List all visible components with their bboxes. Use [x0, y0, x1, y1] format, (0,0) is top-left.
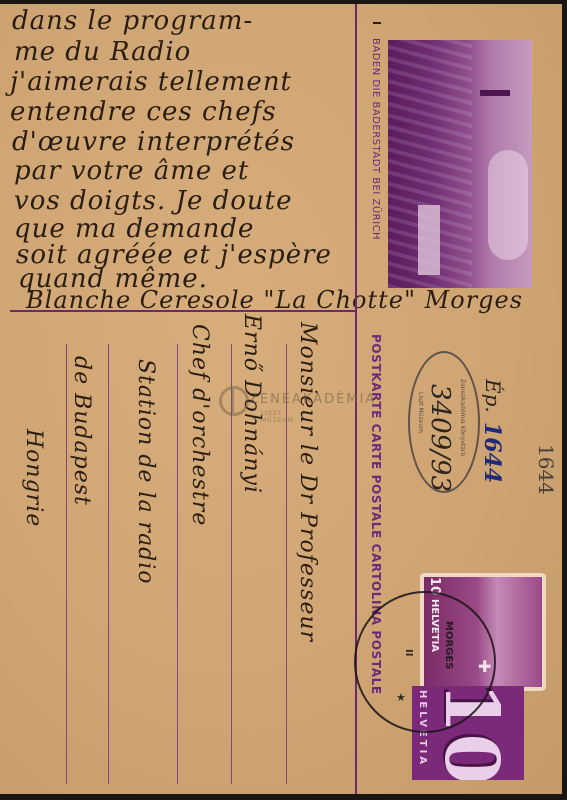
message-line: j'aimerais tellement: [10, 67, 292, 97]
bridge: [418, 205, 440, 275]
message-line: entendre ces chefs: [10, 97, 277, 127]
address-line: Chef d'orchestre: [187, 324, 212, 526]
watermark-subtitle: LISZT MÚZEUM: [261, 410, 294, 424]
ep-mark: Ép.: [481, 379, 505, 413]
vignette-image: [388, 40, 532, 288]
postmark: MORGES II ★: [354, 591, 496, 733]
message-line: dans le program-: [12, 6, 253, 36]
message-line: me du Radio: [14, 37, 191, 67]
address-line: Station de la radio: [133, 359, 158, 585]
address-line: Hongrie: [21, 429, 46, 527]
perforated-top-edge: [0, 0, 567, 6]
message-line: d'œuvre interprétés: [12, 127, 295, 157]
star-icon: ★: [396, 691, 406, 704]
watermark-title: ZENEAKADÉMIA: [249, 392, 376, 407]
oval-stamp-subtext: Liszt Múzeum: [417, 392, 424, 433]
postmark-roman-numeral: II: [403, 649, 414, 656]
address-rule: [177, 344, 178, 784]
message-line: par votre âme et: [14, 156, 249, 186]
cloud: [488, 150, 528, 260]
address-line: de Budapest: [69, 356, 94, 506]
address-line: Monsieur le Dr Professeur: [295, 322, 320, 642]
inventory-number: 3409/93: [425, 384, 455, 492]
postmark-town: MORGES: [443, 621, 454, 669]
address-rule: [108, 344, 109, 784]
oval-stamp-text: Zeneakadémia Könyvtára: [459, 379, 466, 456]
pencil-reference-number: 1644: [534, 444, 558, 495]
printed-tick-mark: [373, 22, 381, 24]
postcard: dans le program- me du Radio j'aimerais …: [0, 4, 562, 794]
address-rule: [66, 344, 67, 784]
vignette-caption: BADEN DIE BADERSTADT BEI ZÜRICH: [370, 38, 381, 240]
message-line: vos doigts. Je doute: [14, 186, 292, 216]
horizontal-divider: [10, 310, 357, 312]
blue-reference-number: 1644: [479, 422, 505, 483]
archive-logo-icon: [219, 386, 249, 416]
church-spire: [480, 90, 510, 96]
